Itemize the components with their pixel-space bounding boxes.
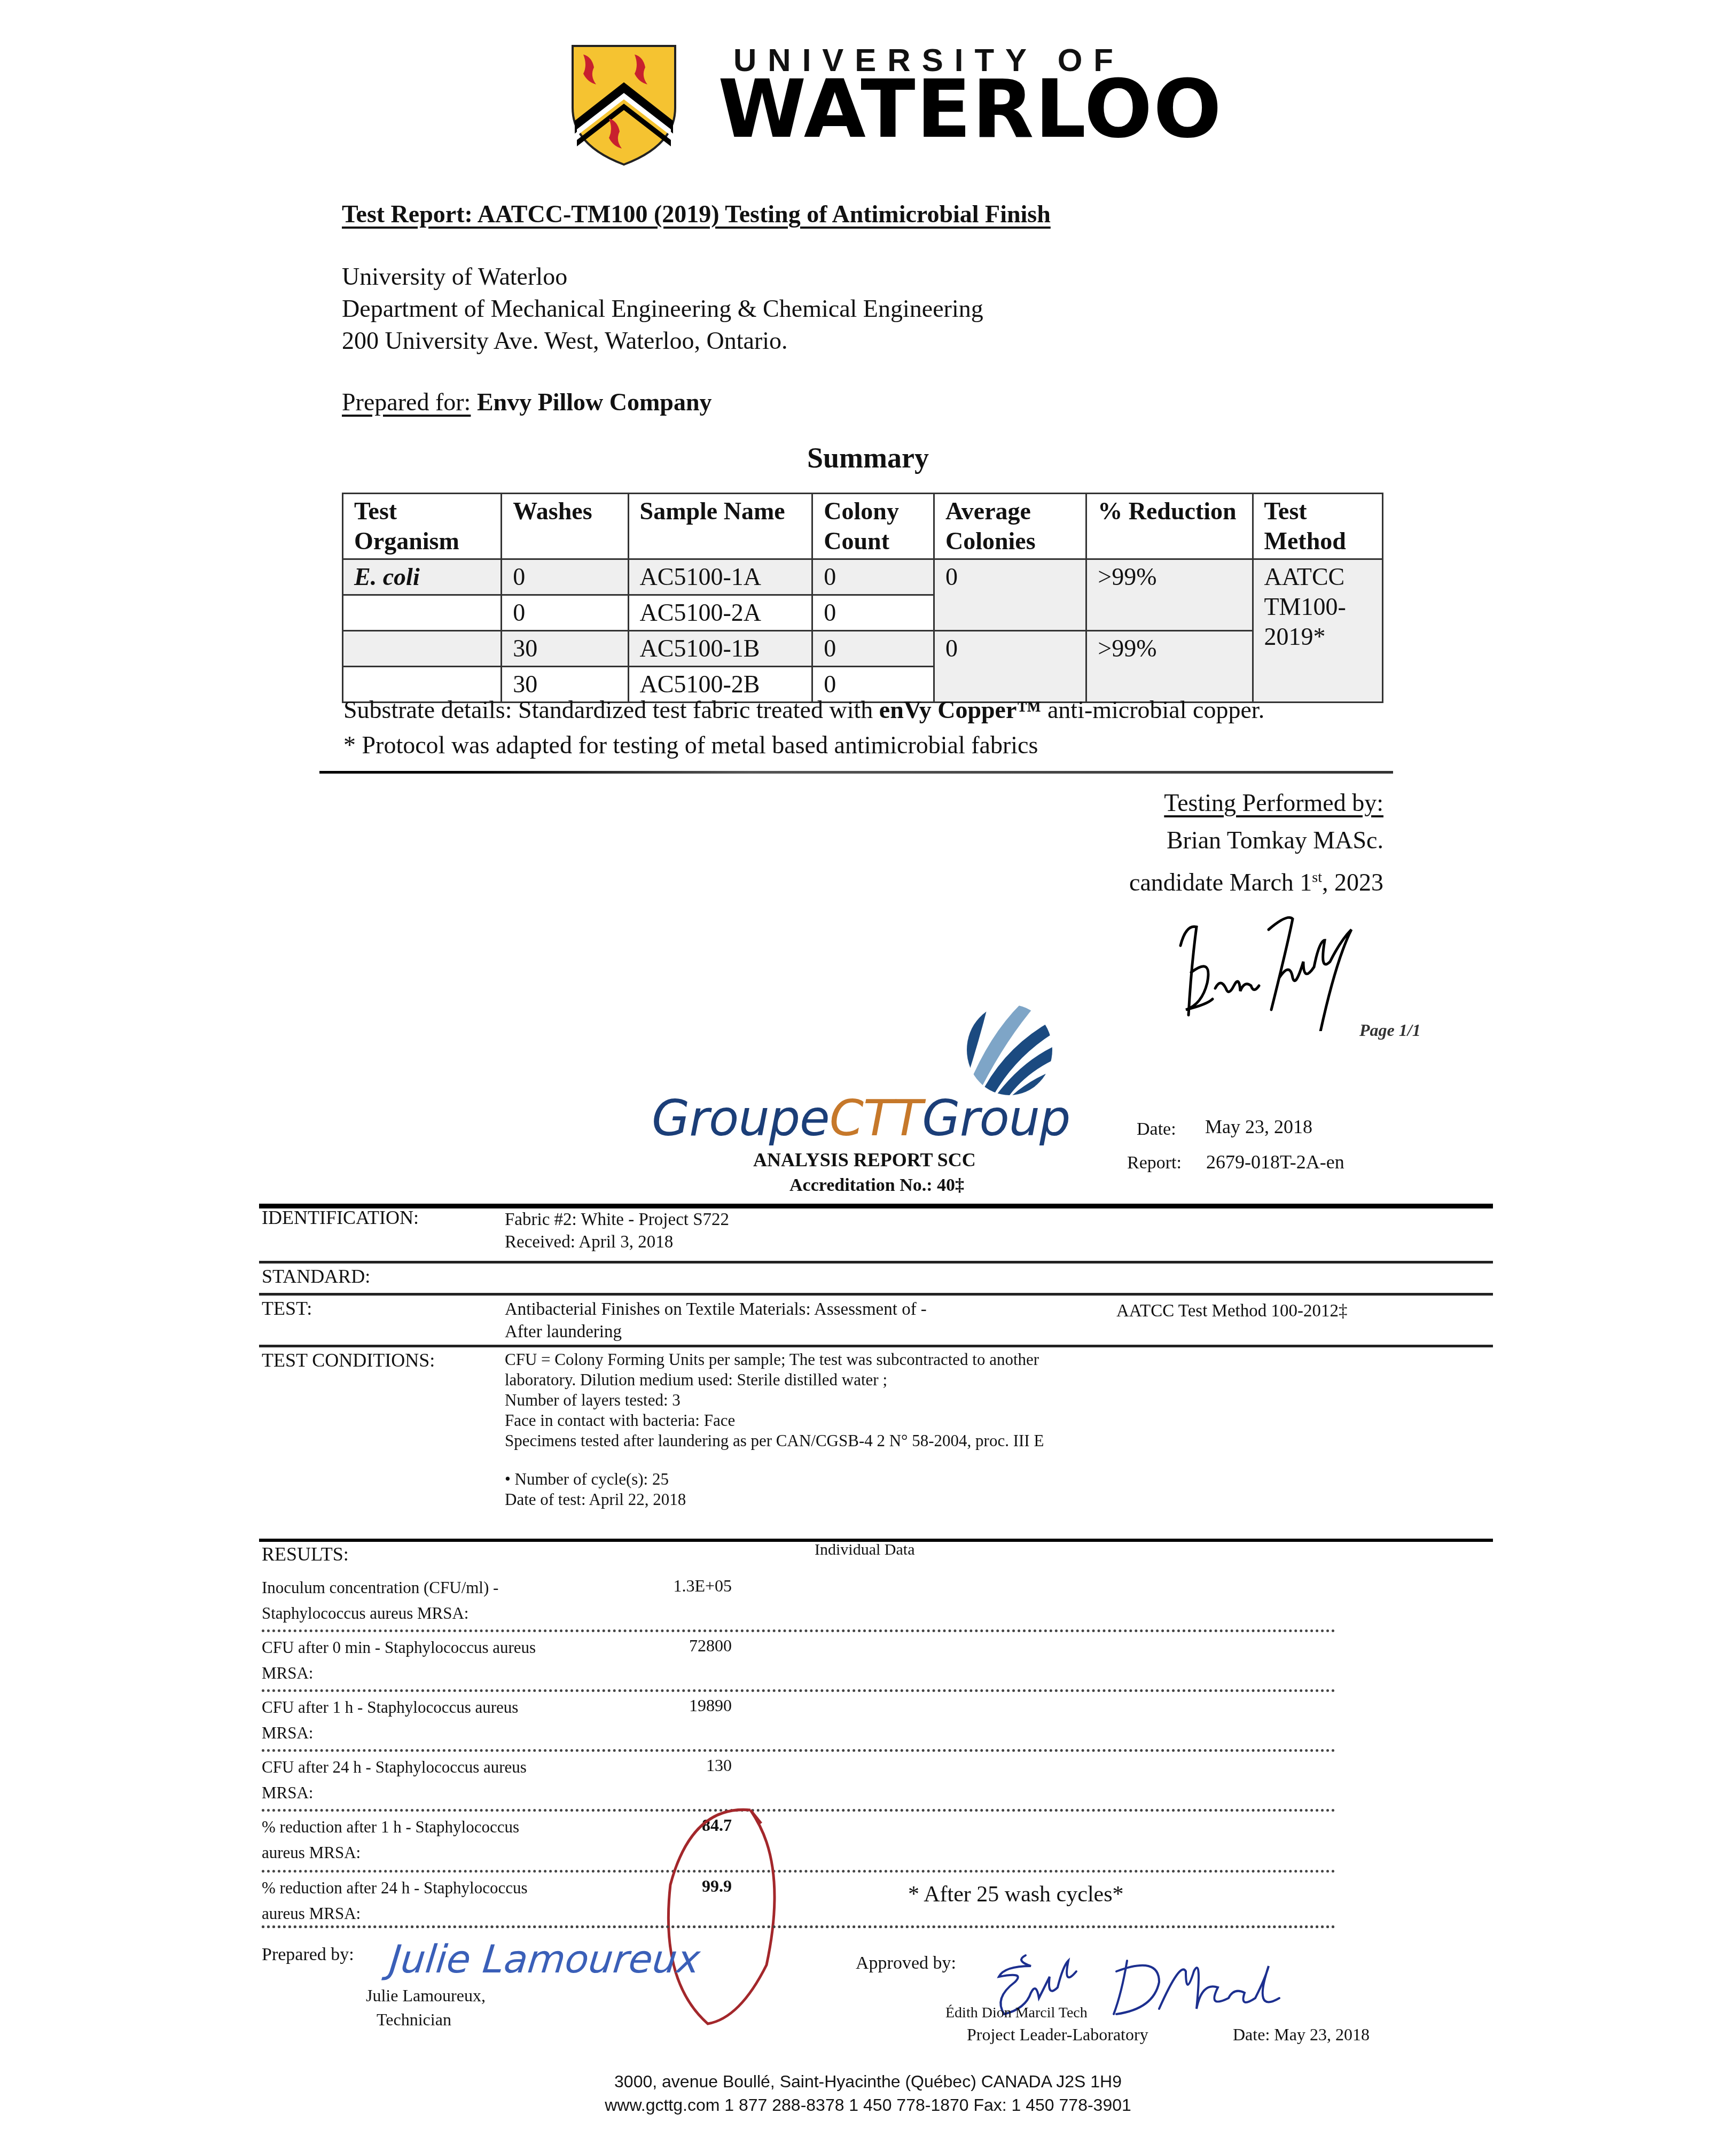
result-label-line: CFU after 24 h - Staphylococcus aureus — [262, 1754, 527, 1780]
table-header-row: Test Organism Washes Sample Name Colony … — [343, 494, 1383, 559]
performed-label: Testing Performed by: — [1129, 784, 1383, 822]
dotted-divider — [262, 1629, 1335, 1632]
result-label: % reduction after 24 h - Staphylococcusa… — [262, 1875, 528, 1927]
divider — [259, 1204, 1493, 1208]
divider — [319, 771, 1393, 774]
dotted-divider — [262, 1870, 1335, 1873]
average-cell: 0 — [934, 631, 1086, 703]
identification-line: Received: April 3, 2018 — [505, 1231, 729, 1253]
page-number: Page 1/1 — [1359, 1020, 1421, 1040]
result-value: 1.3E+05 — [646, 1576, 732, 1596]
footer-contact: www.gcttg.com 1 877 288-8378 1 450 778-1… — [0, 2095, 1736, 2115]
approved-by-name: Édith Dion Marcil Tech — [945, 2005, 1088, 2022]
signature-julie-lamoureux: Julie Lamoureux — [388, 1937, 702, 1982]
date-text: candidate March 1 — [1129, 869, 1312, 896]
sample-cell: AC5100-1B — [628, 631, 812, 667]
result-label-line: Inoculum concentration (CFU/ml) - — [262, 1575, 498, 1601]
analysis-report-title: ANALYSIS REPORT SCC — [753, 1149, 976, 1171]
col-header: Average Colonies — [934, 494, 1086, 559]
sample-cell: AC5100-1A — [628, 559, 812, 595]
substrate-details: Substrate details: Standardized test fab… — [343, 696, 1264, 724]
count-cell: 0 — [812, 559, 934, 595]
groupe-ctt-group-logo: GroupeCTTGroup — [652, 1090, 1070, 1147]
substrate-text: Substrate details: Standardized test fab… — [343, 696, 879, 723]
organism-cell: E. coli — [343, 559, 502, 595]
result-value: 130 — [646, 1756, 732, 1775]
address-line: 200 University Ave. West, Waterloo, Onta… — [342, 325, 983, 357]
col-header: Sample Name — [628, 494, 812, 559]
test-method: AATCC Test Method 100-2012‡ — [1116, 1301, 1348, 1321]
washes-cell: 0 — [502, 595, 628, 631]
logo-part: Group — [922, 1090, 1070, 1147]
result-label-line: % reduction after 1 h - Staphylococcus — [262, 1814, 519, 1840]
date-value: May 23, 2018 — [1205, 1116, 1312, 1138]
dotted-divider — [262, 1925, 1335, 1928]
result-label-line: MRSA: — [262, 1720, 518, 1746]
washes-cell: 30 — [502, 631, 628, 667]
result-label-line: Staphylococcus aureus MRSA: — [262, 1601, 498, 1626]
performed-date: candidate March 1st, 2023 — [1129, 859, 1383, 901]
result-label: % reduction after 1 h - Staphylococcusau… — [262, 1814, 519, 1866]
prepared-for: Prepared for: Envy Pillow Company — [342, 388, 712, 416]
annotation-circle — [660, 1805, 783, 2029]
individual-data-header: Individual Data — [815, 1541, 914, 1559]
testing-performed-block: Testing Performed by: Brian Tomkay MASc.… — [1129, 784, 1383, 901]
report-number: 2679-018T-2A-en — [1206, 1151, 1344, 1173]
date-label: Date: — [1137, 1119, 1176, 1140]
wash-cycles-annotation: * After 25 wash cycles* — [908, 1882, 1124, 1907]
test-line: Antibacterial Finishes on Textile Materi… — [505, 1298, 927, 1321]
address-line: University of Waterloo — [342, 261, 983, 293]
result-label: CFU after 24 h - Staphylococcus aureusMR… — [262, 1754, 527, 1806]
reduction-cell: >99% — [1086, 559, 1253, 631]
address-line: Department of Mechanical Engineering & C… — [342, 293, 983, 325]
result-label-line: MRSA: — [262, 1660, 536, 1686]
col-header: Colony Count — [812, 494, 934, 559]
logo-line-waterloo: WATERLOO — [718, 69, 1223, 150]
signature-brian-tomkay — [1164, 903, 1421, 1031]
result-label-line: % reduction after 24 h - Staphylococcus — [262, 1875, 528, 1901]
col-header: Washes — [502, 494, 628, 559]
result-label-line: aureus MRSA: — [262, 1840, 519, 1866]
shield-crest-icon — [570, 44, 677, 167]
approved-by-title: Project Leader-Laboratory — [967, 2025, 1148, 2045]
col-header: % Reduction — [1086, 494, 1253, 559]
cycles-line: • Number of cycle(s): 25 — [505, 1469, 1044, 1489]
result-value: 19890 — [646, 1696, 732, 1715]
col-header: Test Method — [1253, 494, 1383, 559]
prepared-by-label: Prepared by: — [262, 1945, 354, 1965]
divider — [259, 1293, 1493, 1296]
globe-icon — [956, 1004, 1052, 1095]
summary-table: Test Organism Washes Sample Name Colony … — [342, 493, 1383, 703]
prepared-for-client: Envy Pillow Company — [477, 388, 712, 416]
method-cell: AATCC TM100-2019* — [1253, 559, 1383, 703]
test-conditions-label: TEST CONDITIONS: — [262, 1349, 435, 1371]
condition-line: Face in contact with bacteria: Face — [505, 1410, 1044, 1431]
result-value: 72800 — [646, 1636, 732, 1656]
reduction-cell: >99% — [1086, 631, 1253, 703]
condition-line: laboratory. Dilution medium used: Steril… — [505, 1370, 1044, 1390]
test-label: TEST: — [262, 1297, 312, 1320]
identification-label: IDENTIFICATION: — [262, 1206, 419, 1229]
dotted-divider — [262, 1749, 1335, 1752]
condition-line: Number of layers tested: 3 — [505, 1390, 1044, 1410]
divider — [259, 1345, 1493, 1347]
table-row: E. coli 0 AC5100-1A 0 0 >99% AATCC TM100… — [343, 559, 1383, 595]
substrate-brand: enVy Copper™ — [879, 696, 1042, 723]
result-label: Inoculum concentration (CFU/ml) -Staphyl… — [262, 1575, 498, 1626]
identification-line: Fabric #2: White - Project S722 — [505, 1208, 729, 1231]
summary-heading: Summary — [0, 441, 1736, 474]
count-cell: 0 — [812, 595, 934, 631]
prepared-for-label: Prepared for: — [342, 388, 471, 416]
test-conditions: CFU = Colony Forming Units per sample; T… — [505, 1350, 1044, 1510]
identification-value: Fabric #2: White - Project S722 Received… — [505, 1208, 729, 1253]
result-label-line: aureus MRSA: — [262, 1901, 528, 1927]
test-value: Antibacterial Finishes on Textile Materi… — [505, 1298, 927, 1343]
dotted-divider — [262, 1689, 1335, 1692]
organism-cell — [343, 631, 502, 667]
prepared-by-title: Technician — [377, 2010, 451, 2030]
average-cell: 0 — [934, 559, 1086, 631]
divider — [259, 1261, 1493, 1264]
dotted-divider — [262, 1809, 1335, 1812]
standard-label: STANDARD: — [262, 1265, 370, 1288]
result-label: CFU after 0 min - Staphylococcus aureusM… — [262, 1635, 536, 1686]
date-sup: st — [1312, 869, 1322, 886]
university-of-waterloo-logo: UNIVERSITY OF WATERLOO — [570, 42, 1158, 170]
footer-address: 3000, avenue Boullé, Saint-Hyacinthe (Qu… — [0, 2072, 1736, 2092]
report-title: Test Report: AATCC-TM100 (2019) Testing … — [342, 200, 1051, 228]
count-cell: 0 — [812, 631, 934, 667]
result-label-line: CFU after 1 h - Staphylococcus aureus — [262, 1695, 518, 1720]
report-label: Report: — [1127, 1153, 1182, 1173]
logo-part-ctt: CTT — [830, 1090, 922, 1147]
washes-cell: 0 — [502, 559, 628, 595]
date-of-test: Date of test: April 22, 2018 — [505, 1489, 1044, 1510]
result-label-line: MRSA: — [262, 1780, 527, 1806]
approved-by-label: Approved by: — [856, 1953, 956, 1974]
lab-address: University of Waterloo Department of Mec… — [342, 261, 983, 357]
protocol-note: * Protocol was adapted for testing of me… — [343, 731, 1038, 759]
performed-name: Brian Tomkay MASc. — [1129, 822, 1383, 859]
result-label: CFU after 1 h - Staphylococcus aureusMRS… — [262, 1695, 518, 1746]
organism-cell — [343, 595, 502, 631]
condition-line: Specimens tested after laundering as per… — [505, 1431, 1044, 1451]
logo-part: Groupe — [652, 1090, 830, 1147]
accreditation-number: Accreditation No.: 40‡ — [789, 1175, 964, 1196]
approved-date: Date: May 23, 2018 — [1233, 2025, 1370, 2045]
sample-cell: AC5100-2A — [628, 595, 812, 631]
substrate-text: anti-microbial copper. — [1041, 696, 1264, 723]
table-row: 30 AC5100-1B 0 0 >99% — [343, 631, 1383, 667]
prepared-by-name: Julie Lamoureux, — [366, 1986, 486, 2006]
results-label: RESULTS: — [262, 1543, 349, 1565]
result-label-line: CFU after 0 min - Staphylococcus aureus — [262, 1635, 536, 1660]
col-header: Test Organism — [343, 494, 502, 559]
condition-line: CFU = Colony Forming Units per sample; T… — [505, 1350, 1044, 1370]
test-line: After laundering — [505, 1321, 927, 1343]
date-text: , 2023 — [1322, 869, 1383, 896]
